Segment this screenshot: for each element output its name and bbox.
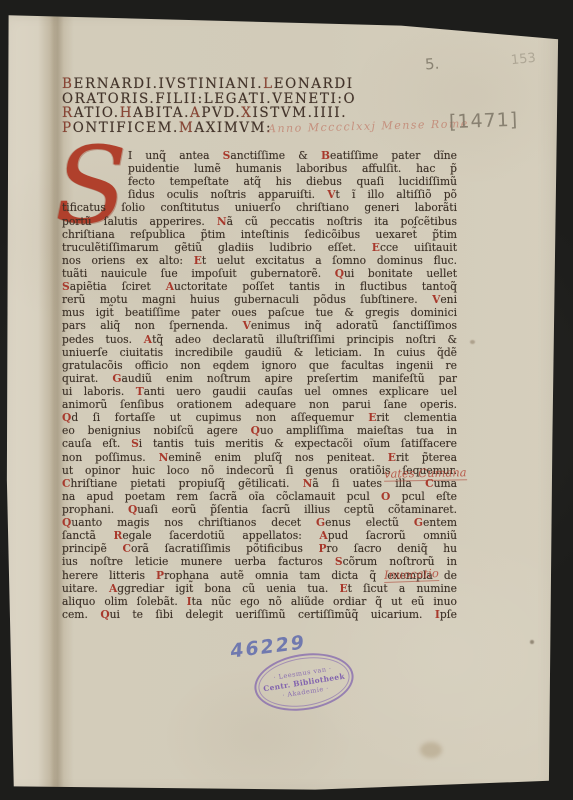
body-text-line: na apud poetam rem ſacrã oĩa cõclamauit … [62, 490, 457, 503]
paper-speck [470, 340, 475, 344]
body-text-line: Quanto magis nos chriſtianos decet Genus… [62, 516, 457, 529]
body-text-line: cauſa eſt. Si tantis tuis meritis & expe… [62, 437, 457, 450]
body-text-line: portũ ſalutis apperires. Nã cũ peccatis … [62, 215, 457, 228]
body-text-line: mus igit̃ beatiſſime pater oues paſcue t… [62, 306, 457, 319]
marginal-note-cumana: vates Cumana [384, 465, 467, 481]
body-text-line: I unq̃ antea Sanctiſſime & Beatiſſime pa… [128, 149, 457, 162]
body-text-line: pedes tuos. Atq̃ adeo declaratũ illuſtri… [62, 333, 457, 346]
heading-line: BERNARDI.IVSTINIANI.LEONARDI [62, 77, 432, 92]
body-text-line: animorũ ſenſibus orationem adequare non … [62, 398, 457, 411]
body-text-line: rerũ motu magni huius gubernaculi põdus … [62, 293, 457, 306]
corner-page-number: 153 [510, 51, 536, 69]
body-text-line: prophani. Quaſi eorũ p̃ſentia ſacrũ illi… [62, 503, 457, 516]
body-text-line: eo benignius nobiſcũ agere Quo ampliſſim… [62, 424, 457, 437]
body-text-line: Qd ſi fortaſſe ut cupimus non aſſequemur… [62, 411, 457, 424]
body-text-line: ſidus oculis noſtris apparuiſti. Vt ĩ il… [128, 188, 457, 201]
body-text-line: tuãti nauicule ſue impoſuit gubernatorẽ.… [62, 267, 457, 280]
paper-speck [530, 640, 534, 644]
body-text-line: ui laboris. Tanti uero gaudii cauſas uel… [62, 385, 457, 398]
body-text-line: Sapiẽtia ſciret Auctoritate poſſet tanti… [62, 280, 457, 293]
body-text-line: aliquo olim ſolebãt. Ita nũc ego nõ aliũ… [62, 595, 457, 608]
body-text-line: pars aliq̃ non ſpernenda. Venimus inq̃ a… [62, 319, 457, 332]
body-text: I unq̃ antea Sanctiſſime & Beatiſſime pa… [62, 149, 457, 621]
body-text-line: truculẽtiſſimarum gẽtiũ gladiis ludibrio… [62, 241, 457, 254]
body-text-line: tificatus ſolio conſtitutus uniuerſo chr… [62, 201, 457, 214]
date-pencil-note: [1471] [449, 109, 519, 133]
body-text-line: chriſtiana reſpublica p̃tim inteſtinis ſ… [62, 228, 457, 241]
body-text-line: uniuerſe ciuitatis incredibile gaudiũ & … [62, 346, 457, 359]
folio-number-pencil: 5. [424, 55, 440, 74]
body-text-line: ſanctã Regale ſacerdotiũ appellatos: Apu… [62, 529, 457, 542]
paper-stain [420, 742, 442, 758]
body-text-line: cem. Qui te ſibi delegit ueriſſimũ certi… [62, 608, 457, 621]
body-text-line: quirat. Gaudiũ enim noſtrum apire preſer… [62, 372, 457, 385]
body-text-line: uitare. Aggrediar igit̃ bona cũ uenia tu… [62, 582, 457, 595]
body-text-line: principẽ Corã ſacratiſſimis põtificibus … [62, 542, 457, 555]
body-text-line: non poſſimus. Neminẽ enim pluſq̃ nos pen… [62, 451, 457, 464]
book-page: BERNARDI.IVSTINIANI.LEONARDIORATORIS.FIL… [0, 0, 573, 800]
body-text-line: fecto tempeſtate atq̃ his diebus quaſi l… [128, 175, 457, 188]
heading-line: ORATORIS.FILII:LEGATI.VENETI:O [62, 92, 432, 107]
body-text-line: puidentie lumẽ humanis laboribus affulſi… [128, 162, 457, 175]
marginal-note-invocatio: Inuocatio [384, 566, 439, 583]
body-text-line: gratulacõis officio non eqdem ignoro que… [62, 359, 457, 372]
scanned-book-page: { "colors": { "paper": "#d2cbb9", "backg… [0, 0, 573, 800]
body-text-line: nos oriens ex alto: Et uelut excitatus a… [62, 254, 457, 267]
